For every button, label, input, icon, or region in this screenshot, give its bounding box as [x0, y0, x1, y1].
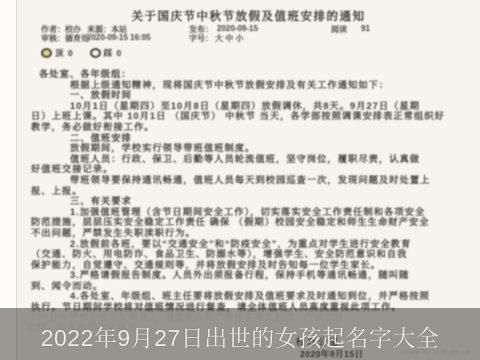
caption-band: 《10月份学校总值班安排表》，请值班人员严格落实岗位职责，严肃工作 纪律，确保校…	[0, 308, 480, 360]
doc-line: 带班领导要保持通讯畅通，值班人员每天到校园巡查一次，发现问题及时处置上	[31, 175, 450, 186]
doc-line: 3.严格请假报告制度。人员外出须报备行程，保持手机等通讯畅通，随叫随	[31, 270, 450, 281]
caption-title: 2022年9月27日出世的女孩起名字大全	[0, 320, 480, 353]
meta-row-2: 审核：德育处 2020-09-15 16:05 字号： 大 中 小	[41, 33, 472, 42]
meta-row-1: 作者：校办 来源：本站 发布： 2020-09-15 阅读 91	[41, 24, 472, 33]
doc-line: 根据上级通知精神，现将国庆节中秋节放假安排及有关工作通知如下：	[31, 80, 450, 91]
doc-line: 4.各处室、年级组、班主任要将放假安排及值班要求及时通知到位，并严格按照	[31, 291, 450, 302]
meta-fontsize-options: 大 中 小	[215, 33, 243, 44]
doc-line: 不出问题，严禁发生失职渎职行为。	[31, 228, 450, 239]
meta-fontsize-label: 字号：	[189, 33, 213, 44]
doc-line: （交通、防火、用电防诈、食品卫生、防溺水等），增强学生、安全防范意识和自我	[31, 249, 450, 260]
doc-line: 放假期间，学校实行领导带班值班制度。	[31, 143, 450, 154]
doc-line: 好值班交接记录。	[31, 164, 450, 175]
meta-views-count: 91	[361, 24, 370, 33]
doc-line: 报、上报。	[31, 186, 450, 197]
doc-line: 值班人员：行政、保卫、后勤等人员轮流值班，坚守岗位，履职尽责，认真做	[31, 154, 450, 165]
notice-body: 各处室、各年级组： 根据上级通知精神，现将国庆节中秋节放假安排及有关工作通知如下…	[31, 69, 450, 313]
meta-update-time: 2020-09-15 16:05	[87, 33, 151, 42]
notice-title: 关于国庆节中秋节放假及值班安排的通知	[17, 8, 480, 24]
downvote-button[interactable]: 踩 0	[90, 47, 123, 58]
doc-date: 2020年9月15日	[300, 348, 364, 360]
downvote-icon	[90, 48, 101, 58]
downvote-label: 踩 0	[104, 47, 123, 59]
doc-line: 三、有关要求	[31, 196, 450, 207]
notice-document: 关于国庆节中秋节放假及值班安排的通知 作者：校办 来源：本站 发布： 2020-…	[17, 0, 480, 360]
upvote-label: 顶 0	[55, 47, 74, 59]
doc-line: 2.放假前各班，要以“交通安全”和“防疫安全”，为重点对学生进行安全教育	[31, 239, 450, 250]
doc-line: 教学，务必做好衔接工作。	[31, 122, 450, 133]
doc-line: 到、闻令而动。	[31, 281, 450, 292]
doc-line: 防范措施，层层压实安全稳定工作责任 确保 （假期）校园安全稳定和师生生命财产安全	[31, 217, 450, 228]
doc-line: 保护能力，自觉遵守、交通规则等，并将放假安排及时告知每一位学生家长。	[31, 260, 450, 271]
upvote-icon	[41, 48, 52, 58]
meta-reviewer: 审核：德育处	[41, 33, 89, 44]
doc-line: 1.加强值班管理（含节日期间安全工作），切实落实安全工作责任制和各项安全	[31, 207, 450, 218]
doc-line: 10月1日（星期四）至10月8日（星期四）放假调休，共8天。9月27日（星期	[31, 101, 450, 112]
notice-meta: 作者：校办 来源：本站 发布： 2020-09-15 阅读 91 审核：德育处 …	[41, 24, 472, 42]
doc-line: 一、放假时间	[31, 90, 450, 101]
doc-line: 各处室、各年级组：	[31, 69, 450, 80]
meta-publish-date: 2020-09-15	[217, 24, 258, 33]
doc-line: 二、值班安排	[31, 133, 450, 144]
vote-buttons: 顶 0 踩 0	[41, 47, 122, 58]
scanned-notice-image: 关于国庆节中秋节放假及值班安排的通知 作者：校办 来源：本站 发布： 2020-…	[0, 0, 480, 360]
page-left-margin	[0, 0, 17, 360]
doc-line: 日）上班上课。其中 10月1日 （国庆节） 中秋节 当天，各学部按照调课安排表正…	[31, 111, 450, 122]
upvote-button[interactable]: 顶 0	[41, 47, 74, 58]
